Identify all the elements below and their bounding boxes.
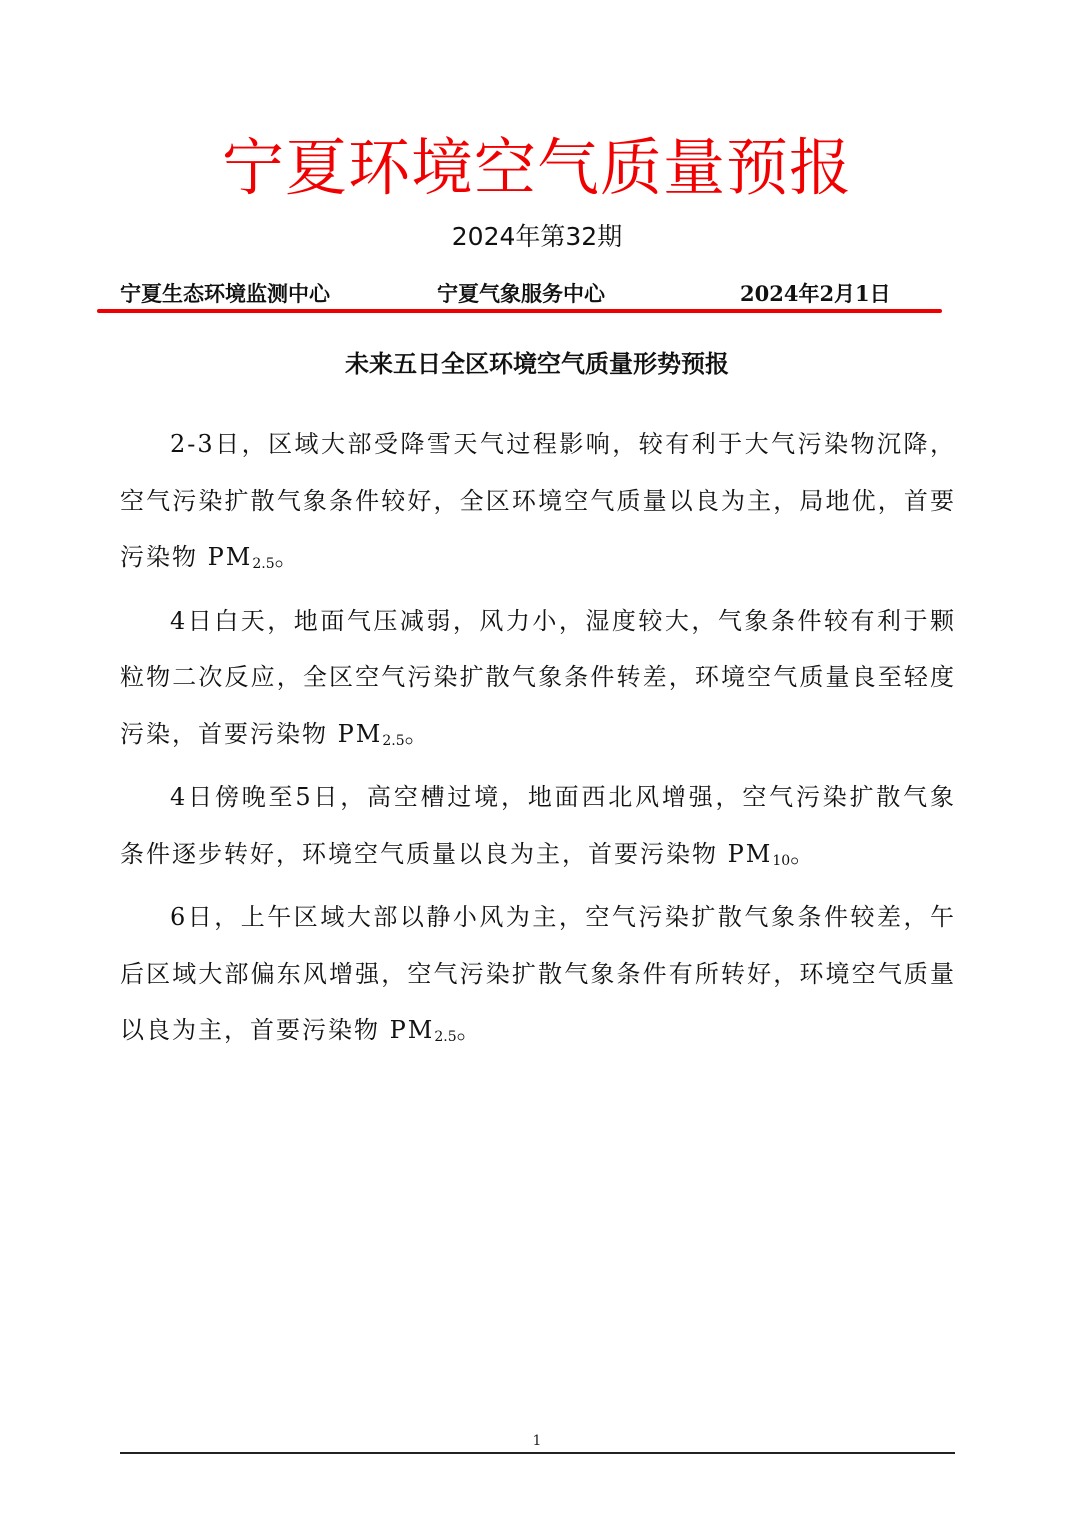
section-heading: 未来五日全区环境空气质量形势预报 — [0, 346, 1074, 382]
pollutant-subscript: 2.5 — [382, 733, 404, 749]
paragraph-text: 6日，上午区域大部以静小风为主，空气污染扩散气象条件较差，午后区域大部偏东风增强… — [120, 903, 956, 1044]
issue-date: 2024年2月1日 — [740, 278, 891, 310]
issuing-org-environment: 宁夏生态环境监测中心 — [120, 278, 330, 310]
forecast-body: 2-3日，区域大部受降雪天气过程影响，较有利于大气污染物沉降，空气污染扩散气象条… — [120, 416, 956, 1066]
forecast-paragraph-days-2-3: 2-3日，区域大部受降雪天气过程影响，较有利于大气污染物沉降，空气污染扩散气象条… — [120, 416, 956, 593]
paragraph-text: 4日傍晚至5日，高空槽过境，地面西北风增强，空气污染扩散气象条件逐步转好，环境空… — [120, 783, 956, 868]
paragraph-end: 。 — [457, 1016, 483, 1044]
paragraph-end: 。 — [790, 840, 816, 868]
issue-number: 2024年第32期 — [0, 220, 1074, 254]
paragraph-end: 。 — [275, 543, 301, 571]
pollutant-subscript: 10 — [772, 853, 790, 869]
forecast-paragraph-day-4-5: 4日傍晚至5日，高空槽过境，地面西北风增强，空气污染扩散气象条件逐步转好，环境空… — [120, 769, 956, 889]
pollutant-subscript: 2.5 — [252, 556, 274, 572]
page-number: 1 — [0, 1432, 1074, 1450]
paragraph-text: 4日白天，地面气压减弱，风力小，湿度较大，气象条件较有利于颗粒物二次反应，全区空… — [120, 607, 956, 748]
paragraph-end: 。 — [405, 720, 431, 748]
red-header-rule — [97, 309, 942, 313]
forecast-paragraph-day-6: 6日，上午区域大部以静小风为主，空气污染扩散气象条件较差，午后区域大部偏东风增强… — [120, 889, 956, 1066]
issuing-org-meteorology: 宁夏气象服务中心 — [437, 278, 605, 310]
paragraph-text: 2-3日，区域大部受降雪天气过程影响，较有利于大气污染物沉降，空气污染扩散气象条… — [120, 430, 956, 571]
pollutant-subscript: 2.5 — [434, 1029, 456, 1045]
footer-rule — [120, 1452, 955, 1454]
forecast-paragraph-day-4: 4日白天，地面气压减弱，风力小，湿度较大，气象条件较有利于颗粒物二次反应，全区空… — [120, 593, 956, 770]
report-title: 宁夏环境空气质量预报 — [0, 128, 1074, 208]
